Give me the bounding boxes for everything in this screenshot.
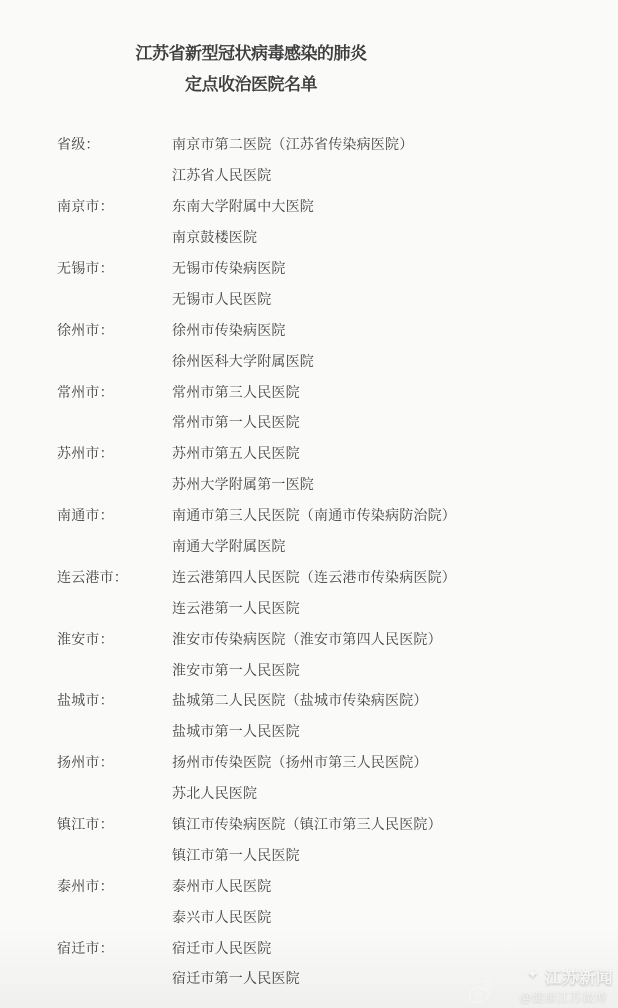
list-row: 苏州大学附属第一医院: [0, 469, 618, 500]
region-label: 泰州市：: [57, 876, 172, 896]
region-label: 苏州市：: [57, 443, 172, 463]
list-row: 徐州市：徐州市传染病医院: [0, 314, 618, 345]
hospital-name: 镇江市第一人民医院: [172, 845, 618, 865]
list-row: 常州市第一人民医院: [0, 407, 618, 438]
list-row: 省级：南京市第二医院（江苏省传染病医院）: [0, 129, 618, 160]
hospital-name: 扬州市传染医院（扬州市第三人民医院）: [172, 752, 618, 772]
list-row: 宿迁市：宿迁市人民医院: [0, 932, 618, 963]
hospital-name: 镇江市传染病医院（镇江市第三人民医院）: [172, 814, 618, 834]
page-title: 江苏省新型冠状病毒感染的肺炎 定点收治医院名单: [0, 38, 502, 100]
hospital-name: 连云港第四人民医院（连云港市传染病医院）: [172, 567, 618, 587]
list-row: 无锡市：无锡市传染病医院: [0, 253, 618, 284]
region-label: 淮安市：: [57, 629, 172, 649]
hospital-name: 无锡市人民医院: [172, 289, 618, 309]
list-row: 镇江市：镇江市传染病医院（镇江市第三人民医院）: [0, 809, 618, 840]
list-row: 常州市：常州市第三人民医院: [0, 376, 618, 407]
list-row: 淮安市第一人民医院: [0, 654, 618, 685]
list-row: 南京市：东南大学附属中大医院: [0, 191, 618, 222]
list-row: 镇江市第一人民医院: [0, 839, 618, 870]
region-label: 无锡市：: [57, 258, 172, 278]
hospital-name: 泰州市人民医院: [172, 876, 618, 896]
region-label: 徐州市：: [57, 320, 172, 340]
hospital-name: 徐州医科大学附属医院: [172, 351, 618, 371]
list-row: 泰州市：泰州市人民医院: [0, 870, 618, 901]
hospital-name: 盐城第二人民医院（盐城市传染病医院）: [172, 690, 618, 710]
region-label: 南通市：: [57, 505, 172, 525]
hospital-name: 苏北人民医院: [172, 783, 618, 803]
region-label: 省级：: [57, 134, 172, 154]
hospital-name: 无锡市传染病医院: [172, 258, 618, 278]
list-row: 苏州市：苏州市第五人民医院: [0, 438, 618, 469]
hospital-name: 江苏省人民医院: [172, 165, 618, 185]
hospital-name: 淮安市第一人民医院: [172, 660, 618, 680]
list-row: 连云港第一人民医院: [0, 592, 618, 623]
list-row: 连云港市：连云港第四人民医院（连云港市传染病医院）: [0, 561, 618, 592]
title-line-2: 定点收治医院名单: [0, 69, 502, 100]
hospital-name: 常州市第一人民医院: [172, 412, 618, 432]
list-row: 徐州医科大学附属医院: [0, 345, 618, 376]
region-label: 盐城市：: [57, 690, 172, 710]
list-row: 无锡市人民医院: [0, 283, 618, 314]
hospital-name: 苏州市第五人民医院: [172, 443, 618, 463]
list-row: 江苏省人民医院: [0, 160, 618, 191]
hospital-name: 宿迁市人民医院: [172, 938, 618, 958]
hospital-name: 南通大学附属医院: [172, 536, 618, 556]
list-row: 盐城市第一人民医院: [0, 716, 618, 747]
list-row: 宿迁市第一人民医院: [0, 963, 618, 994]
hospital-name: 徐州市传染病医院: [172, 320, 618, 340]
region-label: 镇江市：: [57, 814, 172, 834]
hospital-name: 常州市第三人民医院: [172, 382, 618, 402]
list-row: 南京鼓楼医院: [0, 222, 618, 253]
title-line-1: 江苏省新型冠状病毒感染的肺炎: [0, 38, 502, 69]
list-row: 扬州市：扬州市传染医院（扬州市第三人民医院）: [0, 747, 618, 778]
list-row: 淮安市：淮安市传染病医院（淮安市第四人民医院）: [0, 623, 618, 654]
hospital-name: 淮安市传染病医院（淮安市第四人民医院）: [172, 629, 618, 649]
hospital-name: 盐城市第一人民医院: [172, 721, 618, 741]
hospital-name: 泰兴市人民医院: [172, 907, 618, 927]
hospital-name: 南京鼓楼医院: [172, 227, 618, 247]
hospital-list: 省级：南京市第二医院（江苏省传染病医院）江苏省人民医院南京市：东南大学附属中大医…: [0, 129, 618, 994]
document-page: 江苏省新型冠状病毒感染的肺炎 定点收治医院名单 省级：南京市第二医院（江苏省传染…: [0, 0, 618, 1008]
hospital-name: 南京市第二医院（江苏省传染病医院）: [172, 134, 618, 154]
list-row: 南通市：南通市第三人民医院（南通市传染病防治院）: [0, 500, 618, 531]
region-label: 南京市：: [57, 196, 172, 216]
list-row: 苏北人民医院: [0, 778, 618, 809]
region-label: 连云港市：: [57, 567, 172, 587]
list-row: 盐城市：盐城第二人民医院（盐城市传染病医院）: [0, 685, 618, 716]
hospital-name: 南通市第三人民医院（南通市传染病防治院）: [172, 505, 618, 525]
hospital-name: 东南大学附属中大医院: [172, 196, 618, 216]
hospital-name: 宿迁市第一人民医院: [172, 968, 618, 988]
region-label: 扬州市：: [57, 752, 172, 772]
hospital-name: 连云港第一人民医院: [172, 598, 618, 618]
list-row: 南通大学附属医院: [0, 531, 618, 562]
list-row: 泰兴市人民医院: [0, 901, 618, 932]
region-label: 常州市：: [57, 382, 172, 402]
hospital-name: 苏州大学附属第一医院: [172, 474, 618, 494]
region-label: 宿迁市：: [57, 938, 172, 958]
